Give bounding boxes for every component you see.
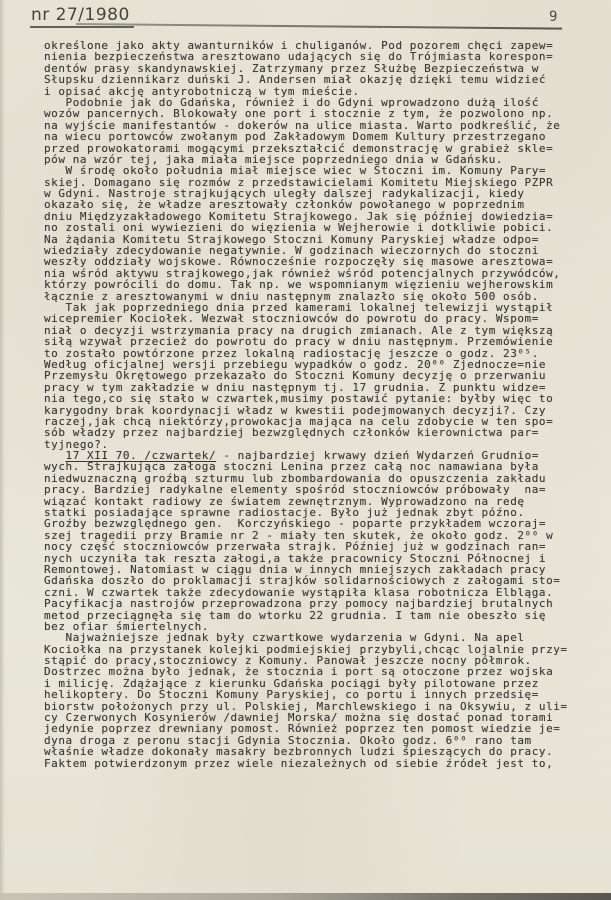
text-line: Przemysłu Okrętowego przekazało do Stocz… <box>44 370 594 381</box>
page-number: 9 <box>549 9 557 25</box>
text-line: na wiecu portowców zwołanym pod Zakładow… <box>44 131 594 142</box>
text-line: Słupsku dziennikarz duński J. Andersen m… <box>44 74 594 85</box>
text-line: helikoptery. Do Stoczni Komuny Paryskiej… <box>44 689 594 700</box>
text-line: właśnie władze dokonały masakry bezbronn… <box>44 746 594 757</box>
scanned-page: nr 27/1980 9 określone jako akty awantur… <box>0 0 611 900</box>
text-line: sób władzy przez najbardziej bezwzględny… <box>44 427 594 438</box>
text-line: Faktem potwierdzonym przez wiele niezale… <box>44 758 594 769</box>
text-line: pracy. Bardziej radykalne elementy spośr… <box>44 484 594 495</box>
text-line: W środę około południa miał miejsce wiec… <box>44 165 594 176</box>
text-line: Najważniejsze jednak były czwartkowe wyd… <box>44 632 594 643</box>
text-line: siłą wzywał przecież do powrotu do pracy… <box>44 336 594 347</box>
text-line: którzy powrócili do domu. Tak np. we wsp… <box>44 279 594 290</box>
text-line: no zostali oni wywiezieni do więzienia w… <box>44 222 594 233</box>
text-line: nocy część stoczniowców przerwała strajk… <box>44 541 594 552</box>
text-line: nia tego,co się stało w czwartek,musimy … <box>44 393 594 404</box>
document-text: określone jako akty awanturników i chuli… <box>44 40 594 769</box>
header-rule <box>76 23 562 30</box>
text-line: Pacyfikacja nastrojów przeprowadzona prz… <box>44 598 594 609</box>
